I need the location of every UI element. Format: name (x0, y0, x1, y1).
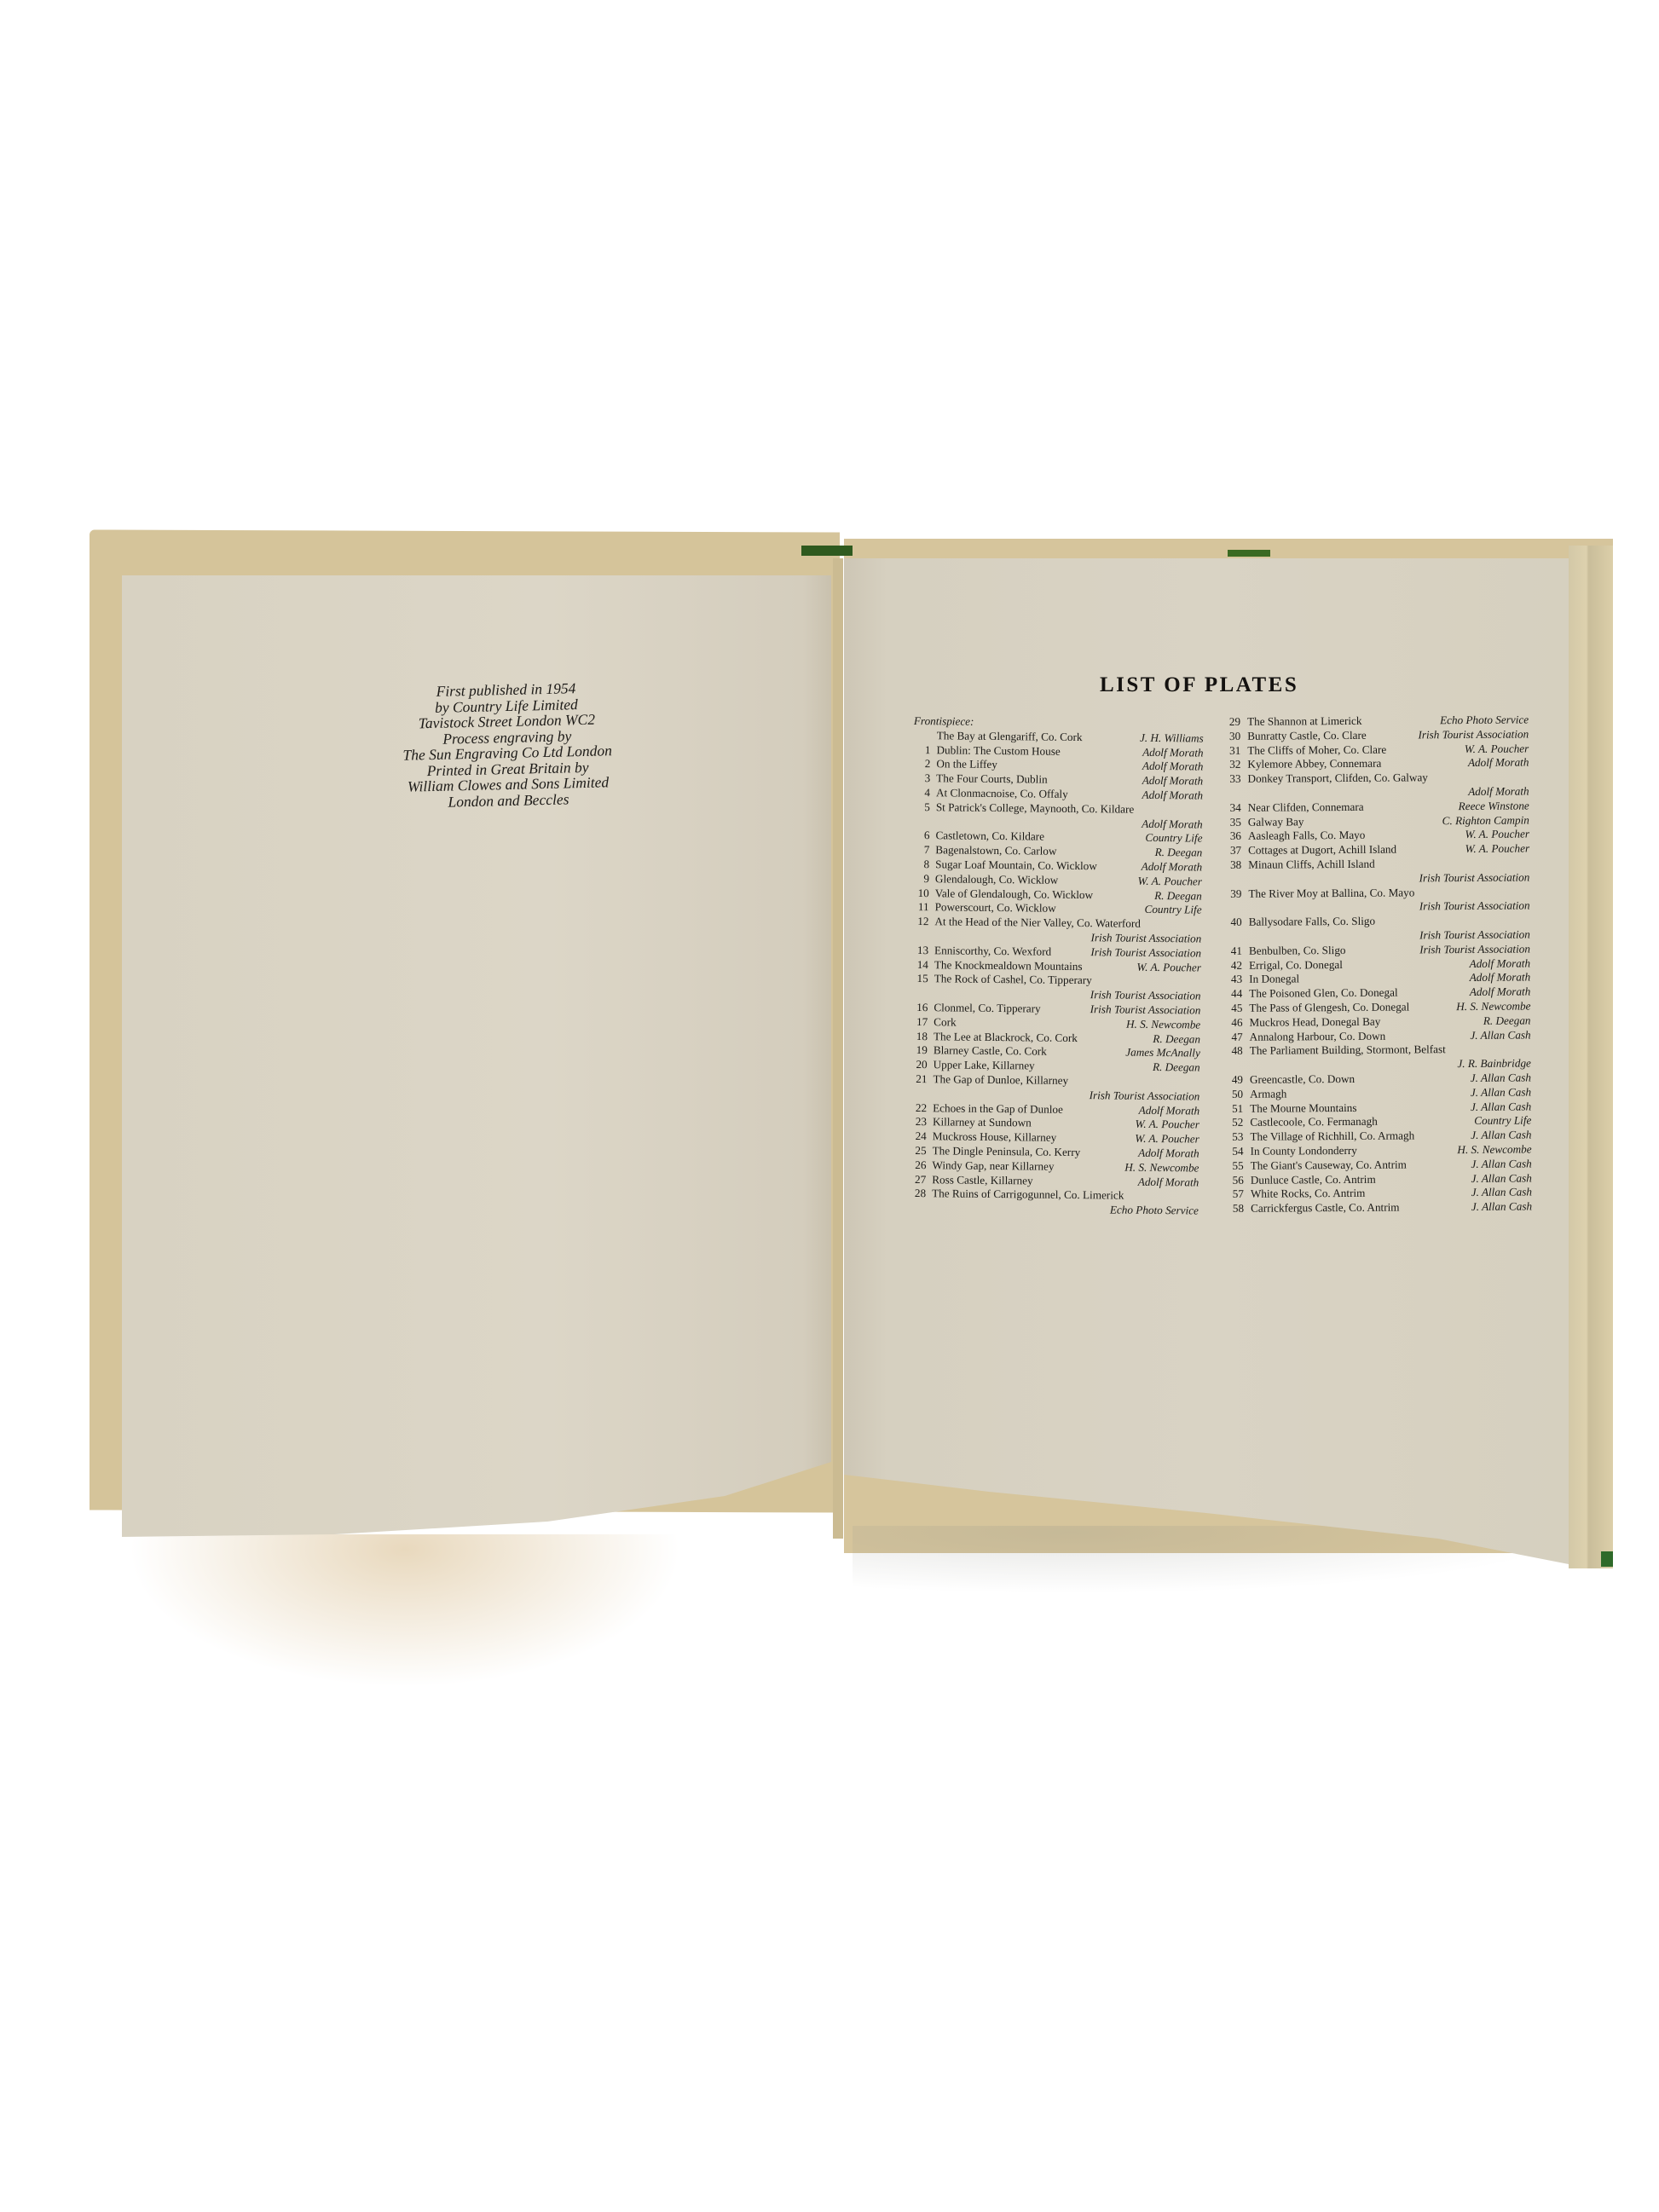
plate-credit: Adolf Morath (1142, 759, 1204, 775)
plate-credit: Adolf Morath (1468, 756, 1529, 771)
plate-credit: R. Deegan (1154, 889, 1202, 904)
plate-credit: J. Allan Cash (1471, 1200, 1532, 1215)
plate-number: 4 (913, 786, 930, 800)
plate-credit: H. S. Newcombe (1457, 1142, 1531, 1157)
plate-title: Castlecoole, Co. Fermanagh (1250, 1115, 1378, 1130)
green-cover-board-corner (1601, 1551, 1613, 1567)
plate-credit: Country Life (1474, 1114, 1531, 1129)
plate-credit: Echo Photo Service (1440, 713, 1529, 728)
plate-title: Annalong Harbour, Co. Down (1250, 1029, 1386, 1044)
plate-number: 5 (913, 800, 930, 815)
plate-number: 12 (911, 915, 928, 929)
list-item-continuation: Echo Photo Service (909, 1201, 1199, 1218)
plate-title: Echoes in the Gap of Dunloe (933, 1101, 1063, 1117)
plate-title: At Clonmacnoise, Co. Offaly (936, 786, 1068, 801)
plate-title: Dunluce Castle, Co. Antrim (1251, 1172, 1376, 1187)
plate-title: Minaun Cliffs, Achill Island (1248, 858, 1375, 873)
plate-credit: J. Allan Cash (1470, 1028, 1530, 1042)
plate-credit: Irish Tourist Association (1419, 899, 1530, 915)
plate-number: 30 (1222, 730, 1240, 744)
plate-number: 39 (1223, 887, 1241, 901)
plate-title: The Dingle Peninsula, Co. Kerry (933, 1144, 1081, 1160)
plate-number: 3 (913, 771, 930, 786)
plate-title: Greencastle, Co. Down (1250, 1072, 1355, 1088)
plate-number: 38 (1223, 858, 1241, 873)
plates-list-right-column: 29The Shannon at LimerickEcho Photo Serv… (1222, 713, 1532, 1216)
plate-credit: R. Deegan (1155, 846, 1203, 860)
plate-number: 11 (912, 900, 929, 915)
plate-title: Powerscourt, Co. Wicklow (935, 901, 1056, 916)
plate-number: 24 (910, 1129, 927, 1144)
plate-title: In County Londonderry (1251, 1144, 1357, 1159)
plate-number: 52 (1224, 1116, 1243, 1130)
list-item: 58Carrickfergus Castle, Co. AntrimJ. All… (1225, 1200, 1532, 1216)
plate-number: 37 (1223, 844, 1241, 858)
plate-number: 46 (1223, 1016, 1242, 1031)
plate-number: 15 (911, 972, 928, 986)
plate-title: The Mourne Mountains (1250, 1100, 1356, 1116)
plate-number: 33 (1222, 772, 1240, 787)
plate-number: 7 (912, 843, 929, 858)
plate-credit: Adolf Morath (1142, 817, 1203, 832)
plate-number: 36 (1223, 829, 1241, 844)
plate-title: Muckross House, Killarney (933, 1129, 1057, 1145)
plate-credit: Adolf Morath (1142, 745, 1204, 760)
plate-credit: J. H. Williams (1140, 731, 1204, 747)
plate-credit: James McAnally (1125, 1046, 1200, 1061)
plate-title: The Gap of Dunloe, Killarney (933, 1072, 1068, 1088)
plate-credit: J. Allan Cash (1471, 1157, 1531, 1171)
plate-credit: J. Allan Cash (1471, 1186, 1532, 1200)
plate-number: 31 (1222, 743, 1240, 758)
plate-title: On the Liffey (936, 758, 997, 773)
plate-number: 19 (910, 1043, 928, 1058)
plate-number: 45 (1223, 1002, 1242, 1016)
plate-title: The Four Courts, Dublin (936, 771, 1048, 787)
plate-number: 17 (910, 1015, 928, 1030)
plate-number: 20 (910, 1058, 928, 1072)
plate-number: 40 (1223, 915, 1242, 930)
plate-number: 14 (911, 958, 928, 973)
plate-credit: W. A. Poucher (1465, 828, 1529, 842)
plate-title: The Shannon at Limerick (1247, 714, 1362, 730)
plate-credit: W. A. Poucher (1465, 842, 1530, 857)
plate-credit: R. Deegan (1483, 1014, 1531, 1028)
plate-number: 9 (912, 872, 929, 887)
plate-number: 10 (912, 887, 929, 901)
plate-credit: J. Allan Cash (1471, 1085, 1531, 1100)
plate-title: Kylemore Abbey, Connemara (1247, 757, 1381, 772)
plate-title: Castletown, Co. Kildare (935, 829, 1044, 845)
plate-credit: W. A. Poucher (1135, 1132, 1199, 1147)
plate-number: 29 (1222, 715, 1240, 730)
plate-title: The River Moy at Ballina, Co. Mayo (1248, 886, 1414, 901)
plate-number: 42 (1223, 958, 1242, 973)
plate-number: 47 (1224, 1030, 1243, 1044)
plate-credit: Irish Tourist Association (1418, 727, 1529, 742)
plate-credit: Adolf Morath (1138, 1146, 1199, 1162)
plate-credit: Adolf Morath (1139, 1103, 1200, 1118)
plate-credit: Adolf Morath (1142, 860, 1203, 875)
page-shadow (128, 1534, 682, 1688)
plate-credit: Adolf Morath (1470, 971, 1531, 985)
plate-title: Aasleagh Falls, Co. Mayo (1248, 829, 1365, 844)
plate-number: 41 (1223, 944, 1242, 959)
plate-credit: Adolf Morath (1142, 788, 1203, 804)
book-gutter (833, 558, 843, 1539)
plate-number: 1 (913, 743, 930, 758)
plate-title: Benbulben, Co. Sligo (1249, 944, 1346, 959)
plate-number: 18 (910, 1030, 928, 1044)
plate-title: Clonmel, Co. Tipperary (934, 1001, 1040, 1016)
page-edges (1569, 546, 1613, 1568)
plate-credit: J. Allan Cash (1471, 1071, 1531, 1085)
plate-credit: J. Allan Cash (1471, 1129, 1531, 1143)
plate-title: The Bay at Glengariff, Co. Cork (937, 729, 1083, 745)
plate-number: 58 (1225, 1202, 1244, 1216)
plate-title: Dublin: The Custom House (936, 743, 1060, 759)
plate-title: The Lee at Blackrock, Co. Cork (934, 1030, 1078, 1046)
plate-credit: H. S. Newcombe (1126, 1017, 1200, 1032)
open-book: First published in 1954 by Country Life … (0, 0, 1659, 2212)
plate-title: Bagenalstown, Co. Carlow (935, 843, 1056, 858)
plate-title: Windy Gap, near Killarney (932, 1158, 1054, 1174)
plate-credit: W. A. Poucher (1137, 875, 1202, 890)
plate-number: 53 (1224, 1130, 1243, 1145)
plate-title: Glendalough, Co. Wicklow (935, 872, 1058, 887)
plate-number: 49 (1224, 1073, 1243, 1088)
plate-credit: H. S. Newcombe (1124, 1160, 1199, 1175)
plate-title: White Rocks, Co. Antrim (1251, 1187, 1366, 1202)
plate-title: The Knockmealdown Mountains (934, 958, 1083, 974)
plate-credit: Irish Tourist Association (1419, 927, 1530, 943)
plate-title: The Cliffs of Moher, Co. Clare (1247, 742, 1386, 758)
green-cover-board-edge (801, 546, 853, 556)
plate-credit: J. Allan Cash (1471, 1100, 1531, 1114)
plate-title: The Rock of Cashel, Co. Tipperary (934, 973, 1092, 989)
plate-credit: Adolf Morath (1470, 956, 1531, 971)
plate-title: Galway Bay (1248, 815, 1304, 829)
plate-credit: W. A. Poucher (1135, 1118, 1199, 1133)
plate-number: 2 (913, 757, 930, 771)
plate-title: The Village of Richhill, Co. Armagh (1250, 1129, 1414, 1145)
plate-number: 16 (910, 1001, 928, 1015)
plate-credit: J. Allan Cash (1471, 1171, 1532, 1186)
plate-title: Errigal, Co. Donegal (1249, 958, 1343, 973)
plate-title: Upper Lake, Killarney (934, 1058, 1035, 1073)
plate-title: Blarney Castle, Co. Cork (934, 1044, 1047, 1060)
plate-title: Armagh (1250, 1087, 1286, 1101)
plate-credit: Country Life (1144, 903, 1201, 917)
plate-number: 57 (1225, 1187, 1244, 1202)
plate-credit: Irish Tourist Association (1090, 945, 1201, 961)
plate-title: Cork (934, 1015, 957, 1030)
plate-title: The Pass of Glengesh, Co. Donegal (1249, 1000, 1409, 1015)
plate-title: Enniscorthy, Co. Wexford (934, 944, 1051, 959)
plate-number: 43 (1223, 973, 1242, 987)
plate-credit: Adolf Morath (1138, 1175, 1199, 1190)
green-cover-board-edge (1228, 550, 1270, 557)
plate-credit: Adolf Morath (1142, 774, 1204, 789)
imprint-notice: First published in 1954 by Country Life … (378, 679, 636, 811)
plate-number: 32 (1222, 758, 1240, 772)
plate-credit: Irish Tourist Association (1419, 942, 1530, 957)
plate-number: 51 (1224, 1101, 1243, 1116)
plate-title: Bunratty Castle, Co. Clare (1247, 729, 1367, 744)
plate-title: Carrickfergus Castle, Co. Antrim (1251, 1201, 1400, 1216)
plate-title: Ross Castle, Killarney (932, 1173, 1032, 1188)
plate-credit: Irish Tourist Association (1090, 1002, 1201, 1018)
plate-title: Sugar Loaf Mountain, Co. Wicklow (935, 858, 1097, 874)
plate-credit: Irish Tourist Association (1090, 988, 1201, 1003)
plate-credit: W. A. Poucher (1465, 742, 1529, 756)
plate-credit: W. A. Poucher (1136, 960, 1201, 975)
plate-number: 34 (1223, 801, 1241, 816)
plate-number: 44 (1223, 987, 1242, 1002)
page-title: LIST OF PLATES (1100, 673, 1298, 697)
plate-credit: R. Deegan (1153, 1060, 1200, 1075)
plate-credit: Irish Tourist Association (1419, 870, 1530, 886)
plate-credit: J. R. Bainbridge (1457, 1057, 1531, 1071)
plate-number: 50 (1224, 1088, 1243, 1102)
plate-credit: Adolf Morath (1468, 784, 1529, 799)
plate-number: 54 (1225, 1145, 1244, 1159)
plate-credit: Reece Winstone (1459, 799, 1529, 813)
plate-title: Muckros Head, Donegal Bay (1249, 1014, 1380, 1030)
plate-number: 23 (910, 1115, 927, 1129)
plate-title: The Giant's Causeway, Co. Antrim (1251, 1158, 1407, 1173)
plate-credit: Echo Photo Service (1110, 1204, 1199, 1219)
plate-number: 55 (1225, 1159, 1244, 1174)
plate-number: 28 (909, 1187, 926, 1201)
plate-title: Vale of Glendalough, Co. Wicklow (935, 887, 1093, 903)
plate-number: 27 (909, 1172, 926, 1187)
plate-title: Near Clifden, Connemara (1248, 800, 1364, 816)
plate-number: 22 (910, 1100, 927, 1115)
plate-title: Ballysodare Falls, Co. Sligo (1249, 915, 1375, 930)
plate-title: Donkey Transport, Clifden, Co. Galway (1247, 771, 1427, 787)
plate-title: The Parliament Building, Stormont, Belfa… (1250, 1043, 1446, 1059)
plate-number: 48 (1224, 1044, 1243, 1059)
plate-number: 26 (909, 1158, 926, 1173)
plate-credit: Irish Tourist Association (1090, 931, 1201, 946)
plate-number: 35 (1223, 815, 1241, 829)
plate-credit: Irish Tourist Association (1090, 1089, 1200, 1104)
plate-credit: Country Life (1145, 831, 1202, 846)
plate-number: 8 (912, 858, 929, 872)
plate-credit: C. Righton Campin (1442, 813, 1529, 829)
plate-credit: R. Deegan (1153, 1031, 1200, 1046)
plate-title: Cottages at Dugort, Achill Island (1248, 843, 1396, 858)
plate-number: 21 (910, 1072, 927, 1087)
plate-credit: Adolf Morath (1470, 985, 1531, 1000)
plate-number: 6 (912, 829, 929, 843)
plate-title: In Donegal (1249, 973, 1299, 987)
plate-number: 56 (1225, 1173, 1244, 1187)
plate-number: 25 (910, 1144, 927, 1158)
plates-list-left-column: Frontispiece: The Bay at Glengariff, Co.… (909, 714, 1204, 1218)
plate-title: The Poisoned Glen, Co. Donegal (1249, 986, 1397, 1002)
plate-title: Killarney at Sundown (933, 1116, 1032, 1131)
plate-credit: H. S. Newcombe (1456, 999, 1530, 1014)
plate-number: 13 (911, 944, 928, 958)
